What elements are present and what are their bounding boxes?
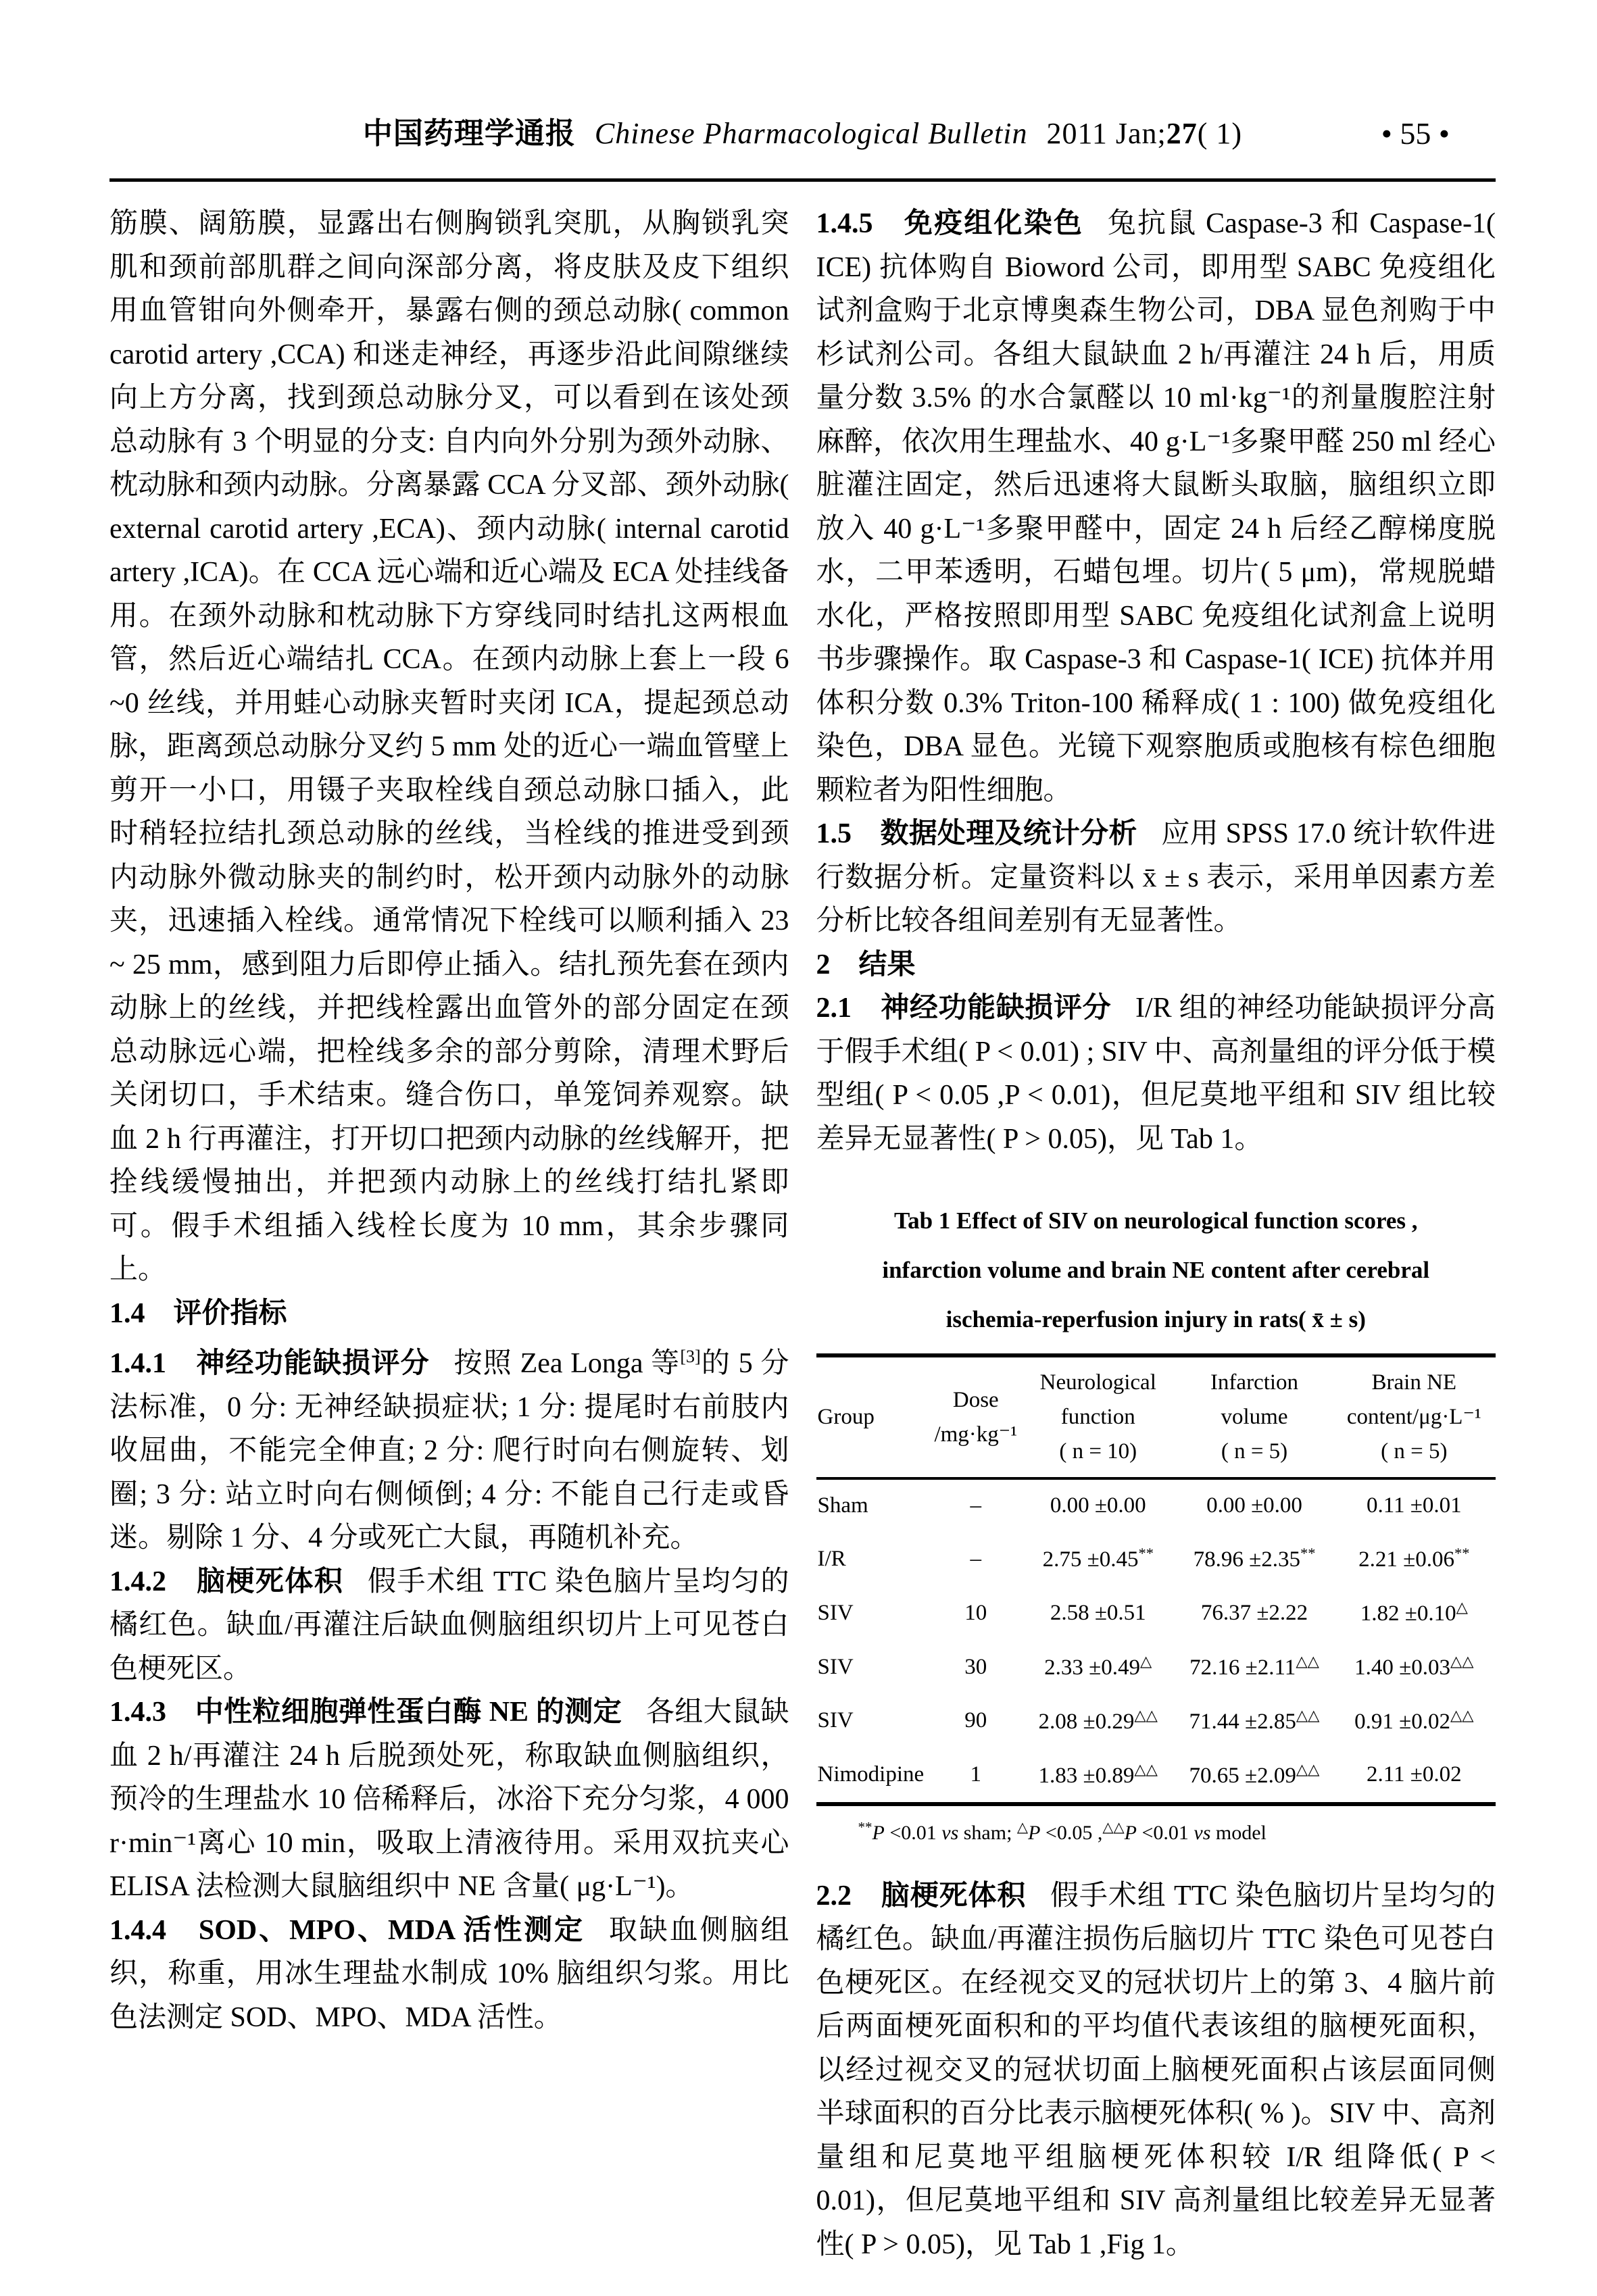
table-header-group: Group [816,1355,932,1478]
table-row: I/R–2.75 ±0.45**78.96 ±2.35**2.21 ±0.06*… [816,1532,1496,1586]
section-body: 兔抗鼠 Caspase-3 和 Caspase-1( ICE) 抗体购自 Bio… [816,208,1496,806]
table-header-row: Group Dose /mg·kg⁻¹ Neurological functio… [816,1355,1496,1478]
journal-issue-no: ( 1) [1198,117,1242,150]
right-column: 1.4.5 免疫组化染色兔抗鼠 Caspase-3 和 Caspase-1( I… [816,202,1496,2266]
page-number: • 55 • [1381,101,1450,166]
table-cell: 2.33 ±0.49△ [1020,1640,1176,1694]
table-cell: SIV [816,1640,932,1694]
table-row: SIV302.33 ±0.49△72.16 ±2.11△△1.40 ±0.03△… [816,1640,1496,1694]
table-cell: SIV [816,1586,932,1640]
table-cell: 2.11 ±0.02 [1333,1748,1496,1804]
section-2-1: 2.1 神经功能缺损评分I/R 组的神经功能缺损评分高于假手术组( P < 0.… [816,987,1496,1161]
table-block: Tab 1 Effect of SIV on neurological func… [816,1196,1496,1846]
table-cell: 2.75 ±0.45** [1020,1532,1176,1586]
table-cell: 72.16 ±2.11△△ [1176,1640,1332,1694]
section-1-4-1: 1.4.1 神经功能缺损评分按照 Zea Longa 等[3]的 5 分法标准，… [109,1335,789,1560]
section-label-1-4-4: 1.4.4 SOD、MPO、MDA 活性测定 [109,1915,585,1946]
table-row: Nimodipine11.83 ±0.89△△70.65 ±2.09△△2.11… [816,1748,1496,1804]
table-cell: 90 [931,1694,1020,1748]
table-cell: – [931,1478,1020,1532]
table-cell: SIV [816,1694,932,1748]
table-cell: 2.21 ±0.06** [1333,1532,1496,1586]
table-row: SIV902.08 ±0.29△△71.44 ±2.85△△0.91 ±0.02… [816,1694,1496,1748]
section-body: 按照 Zea Longa 等 [454,1348,681,1379]
table-cell: 2.58 ±0.51 [1020,1586,1176,1640]
table-header-dose: Dose /mg·kg⁻¹ [931,1355,1020,1478]
table-cell: 1.83 ±0.89△△ [1020,1748,1176,1804]
table-cell: 78.96 ±2.35** [1176,1532,1332,1586]
section-1-4-2: 1.4.2 脑梗死体积假手术组 TTC 染色脑片呈均匀的橘红色。缺血/再灌注后缺… [109,1560,789,1691]
table-row: SIV102.58 ±0.5176.37 ±2.221.82 ±0.10△ [816,1586,1496,1640]
table-title-line-2: infarction volume and brain NE content a… [816,1245,1496,1295]
table-cell: 10 [931,1586,1020,1640]
table-cell: – [931,1532,1020,1586]
table-cell: 1.82 ±0.10△ [1333,1586,1496,1640]
results-table-head: Group Dose /mg·kg⁻¹ Neurological functio… [816,1355,1496,1478]
journal-line: 中国药理学通报Chinese Pharmacological Bulletin2… [109,101,1496,166]
table-title-line-3: ischemia-reperfusion injury in rats( x̄ … [816,1295,1496,1344]
table-cell: Sham [816,1478,932,1532]
header-rule [109,178,1496,182]
content-columns: 筋膜、阔筋膜，显露出右侧胸锁乳突肌，从胸锁乳突肌和颈前部肌群之间向深部分离，将皮… [109,202,1496,2266]
page: 中国药理学通报Chinese Pharmacological Bulletin2… [0,0,1597,2296]
results-table: Group Dose /mg·kg⁻¹ Neurological functio… [816,1353,1496,1806]
left-column: 筋膜、阔筋膜，显露出右侧胸锁乳突肌，从胸锁乳突肌和颈前部肌群之间向深部分离，将皮… [109,202,789,2266]
table-cell: 0.91 ±0.02△△ [1333,1694,1496,1748]
section-label-1-4-5: 1.4.5 免疫组化染色 [816,208,1084,239]
table-cell: 0.11 ±0.01 [1333,1478,1496,1532]
table-cell: 70.65 ±2.09△△ [1176,1748,1332,1804]
journal-volume: 27 [1166,117,1198,150]
journal-title-en: Chinese Pharmacological Bulletin [595,117,1028,150]
table-header-brain-ne: Brain NE content/μg·L⁻¹ ( n = 5) [1333,1355,1496,1478]
section-body: 假手术组 TTC 染色脑切片呈均匀的橘红色。缺血/再灌注损伤后脑切片 TTC 染… [816,1880,1496,2260]
table-cell: 30 [931,1640,1020,1694]
section-1-4-4: 1.4.4 SOD、MPO、MDA 活性测定取缺血侧脑组织，称重，用冰生理盐水制… [109,1909,789,2040]
section-heading-1-4: 1.4 评价指标 [109,1292,789,1336]
table-header-infarction: Infarction volume ( n = 5) [1176,1355,1332,1478]
section-1-5: 1.5 数据处理及统计分析应用 SPSS 17.0 统计软件进行数据分析。定量资… [816,812,1496,943]
reference-marker: [3] [680,1347,700,1366]
section-1-4-5: 1.4.5 免疫组化染色兔抗鼠 Caspase-3 和 Caspase-1( I… [816,202,1496,812]
section-label-1-4-1: 1.4.1 神经功能缺损评分 [109,1348,430,1379]
table-cell: 2.08 ±0.29△△ [1020,1694,1176,1748]
journal-title-cn: 中国药理学通报 [363,117,576,150]
table-cell: 0.00 ±0.00 [1176,1478,1332,1532]
page-header: 中国药理学通报Chinese Pharmacological Bulletin2… [109,101,1496,166]
table-cell: 0.00 ±0.00 [1020,1478,1176,1532]
table-cell: 76.37 ±2.22 [1176,1586,1332,1640]
table-cell: I/R [816,1532,932,1586]
section-label-1-4-2: 1.4.2 脑梗死体积 [109,1566,343,1597]
section-2-2: 2.2 脑梗死体积假手术组 TTC 染色脑切片呈均匀的橘红色。缺血/再灌注损伤后… [816,1874,1496,2267]
table-cell: 71.44 ±2.85△△ [1176,1694,1332,1748]
paragraph-text: 筋膜、阔筋膜，显露出右侧胸锁乳突肌，从胸锁乳突肌和颈前部肌群之间向深部分离，将皮… [109,208,789,1285]
table-row: Sham–0.00 ±0.000.00 ±0.000.11 ±0.01 [816,1478,1496,1532]
table-cell: Nimodipine [816,1748,932,1804]
section-label-2-1: 2.1 神经功能缺损评分 [816,993,1112,1024]
table-header-neurological: Neurological function ( n = 10) [1020,1355,1176,1478]
paragraph-continuation: 筋膜、阔筋膜，显露出右侧胸锁乳突肌，从胸锁乳突肌和颈前部肌群之间向深部分离，将皮… [109,202,789,1292]
table-footnote: **P <0.01 vs sham; △P <0.05 ,△△P <0.01 v… [816,1818,1496,1846]
section-label-1-5: 1.5 数据处理及统计分析 [816,818,1137,849]
section-label-1-4-3: 1.4.3 中性粒细胞弹性蛋白酶 NE 的测定 [109,1697,622,1728]
table-cell: 1 [931,1748,1020,1804]
table-cell: 1.40 ±0.03△△ [1333,1640,1496,1694]
section-heading-2: 2 结果 [816,943,1496,987]
section-1-4-3: 1.4.3 中性粒细胞弹性蛋白酶 NE 的测定各组大鼠缺血 2 h/再灌注 24… [109,1691,789,1909]
results-table-body: Sham–0.00 ±0.000.00 ±0.000.11 ±0.01I/R–2… [816,1478,1496,1803]
section-label-2-2: 2.2 脑梗死体积 [816,1880,1027,1912]
table-title-line-1: Tab 1 Effect of SIV on neurological func… [816,1196,1496,1245]
journal-issue-date: 2011 Jan; [1047,117,1166,150]
